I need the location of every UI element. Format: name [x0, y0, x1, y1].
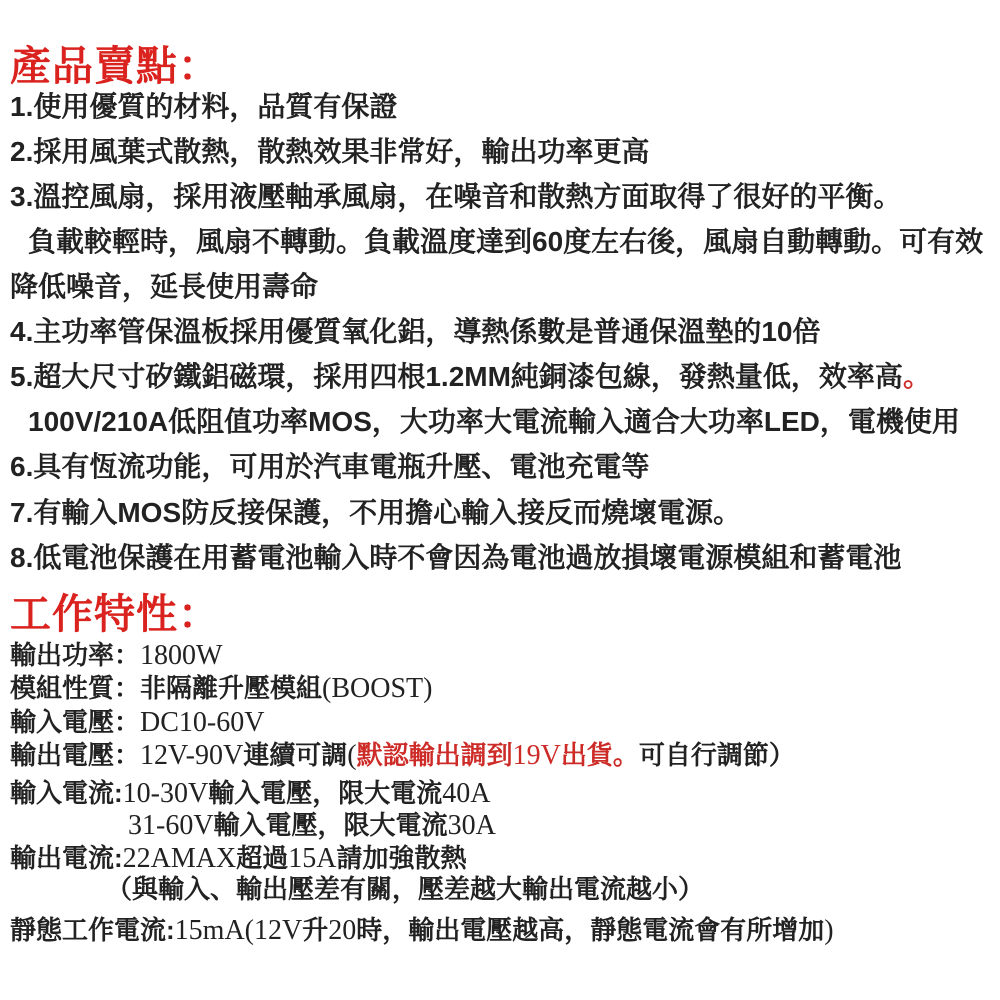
text-segment: 19V	[513, 740, 561, 771]
text-segment: 1800W	[140, 640, 222, 671]
selling-point-line: 負載較輕時，風扇不轉動。負載溫度達到60度左右後，風扇自動轉動。可有效	[28, 225, 983, 264]
text-segment: 15A	[288, 843, 336, 874]
text-segment: 2.採用風葉式散熱，散熱效果非常好，輸出功率更高	[10, 136, 649, 167]
text-segment: 。	[903, 361, 931, 392]
text-segment: 6.具有恆流功能，可用於汽車電瓶升壓、電池充電等	[10, 451, 649, 482]
spec-line: （與輸入、輸出壓差有關，壓差越大輸出電流越小）	[106, 872, 704, 911]
text-segment: 15mA(12V	[175, 915, 303, 946]
text-segment: DC10-60V	[140, 707, 264, 738]
text-segment: 可自行調節）	[639, 740, 795, 770]
selling-point-line: 100V/210A低阻值功率MOS，大功率大電流輸入適合大功率LED，電機使用	[28, 405, 960, 444]
text-segment: 30A	[448, 810, 496, 841]
text-segment: 輸入電壓，限大電流	[208, 778, 442, 808]
spec-line: 靜態工作電流:15mA(12V升20時，輸出電壓越高，靜態電流會有所增加)	[10, 913, 834, 952]
text-segment: 連續可調	[243, 740, 347, 770]
text-segment: )	[824, 915, 833, 946]
selling-point-line: 降低噪音，延長使用壽命	[10, 270, 318, 309]
text-segment: 靜態工作電流:	[10, 915, 175, 945]
text-segment: (	[347, 740, 356, 771]
text-segment: 時，輸出電壓越高，靜態電流會有所增加	[356, 915, 824, 945]
text-segment: 4.主功率管保溫板採用優質氧化鋁，導熱係數是普通保溫墊的10倍	[10, 316, 821, 347]
text-segment: 22AMAX	[123, 843, 237, 874]
selling-point-line: 3.溫控風扇，採用液壓軸承風扇，在噪音和散熱方面取得了很好的平衡。	[10, 180, 901, 219]
working-characteristics-heading: 工作特性：	[10, 581, 220, 640]
selling-points-heading: 產品賣點：	[10, 33, 220, 92]
selling-point-line: 6.具有恆流功能，可用於汽車電瓶升壓、電池充電等	[10, 450, 649, 489]
text-segment: 輸入電壓：	[10, 707, 140, 737]
text-segment: 12V-90V	[140, 740, 243, 771]
text-segment: 降低噪音，延長使用壽命	[10, 271, 318, 302]
text-segment: 輸入電流:	[10, 778, 123, 808]
selling-point-line: 8.低電池保護在用蓄電池輸入時不會因為電池過放損壞電源模組和蓄電池	[10, 541, 901, 580]
text-segment: 20	[328, 915, 356, 946]
text-segment: 5.超大尺寸矽鐵鋁磁環，採用四根1.2MM純銅漆包線，發熱量低，效率高	[10, 361, 903, 392]
text-segment: 8.低電池保護在用蓄電池輸入時不會因為電池過放損壞電源模組和蓄電池	[10, 542, 901, 573]
text-segment: 超過	[236, 843, 288, 873]
text-segment: 負載較輕時，風扇不轉動。負載溫度達到60度左右後，風扇自動轉動。可有效	[28, 226, 983, 257]
spec-line: 輸出電壓：12V-90V連續可調(默認輸出調到19V出貨。可自行調節）	[10, 738, 795, 777]
text-segment: 升	[302, 915, 328, 945]
text-segment: 7.有輸入MOS防反接保護，不用擔心輸入接反而燒壞電源。	[10, 497, 741, 528]
text-segment: 1.使用優質的材料，品質有保證	[10, 91, 397, 122]
text-segment: 輸出電流:	[10, 843, 123, 873]
selling-point-line: 1.使用優質的材料，品質有保證	[10, 90, 397, 129]
text-segment: 出貨。	[561, 740, 639, 770]
text-segment: 40A	[442, 778, 490, 809]
selling-point-line: 2.採用風葉式散熱，散熱效果非常好，輸出功率更高	[10, 135, 649, 174]
selling-point-line: 5.超大尺寸矽鐵鋁磁環，採用四根1.2MM純銅漆包線，發熱量低，效率高。	[10, 360, 931, 399]
text-segment: 輸入電壓，限大電流	[214, 810, 448, 840]
product-description-page: 產品賣點： 1.使用優質的材料，品質有保證2.採用風葉式散熱，散熱效果非常好，輸…	[0, 0, 1000, 1000]
text-segment: 3.溫控風扇，採用液壓軸承風扇，在噪音和散熱方面取得了很好的平衡。	[10, 181, 901, 212]
text-segment: 31-60V	[128, 810, 214, 841]
text-segment: （與輸入、輸出壓差有關，壓差越大輸出電流越小）	[106, 874, 704, 904]
text-segment: 默認輸出調到	[357, 740, 513, 770]
text-segment: 100V/210A低阻值功率MOS，大功率大電流輸入適合大功率LED，電機使用	[28, 406, 960, 437]
text-segment: 10-30V	[123, 778, 209, 809]
selling-point-line: 4.主功率管保溫板採用優質氧化鋁，導熱係數是普通保溫墊的10倍	[10, 315, 821, 354]
text-segment: (BOOST)	[322, 673, 432, 704]
text-segment: 輸出功率：	[10, 640, 140, 670]
selling-point-line: 7.有輸入MOS防反接保護，不用擔心輸入接反而燒壞電源。	[10, 496, 741, 535]
text-segment: 請加強散熱	[336, 843, 466, 873]
text-segment: 輸出電壓：	[10, 740, 140, 770]
text-segment: 模組性質：非隔離升壓模組	[10, 673, 322, 703]
